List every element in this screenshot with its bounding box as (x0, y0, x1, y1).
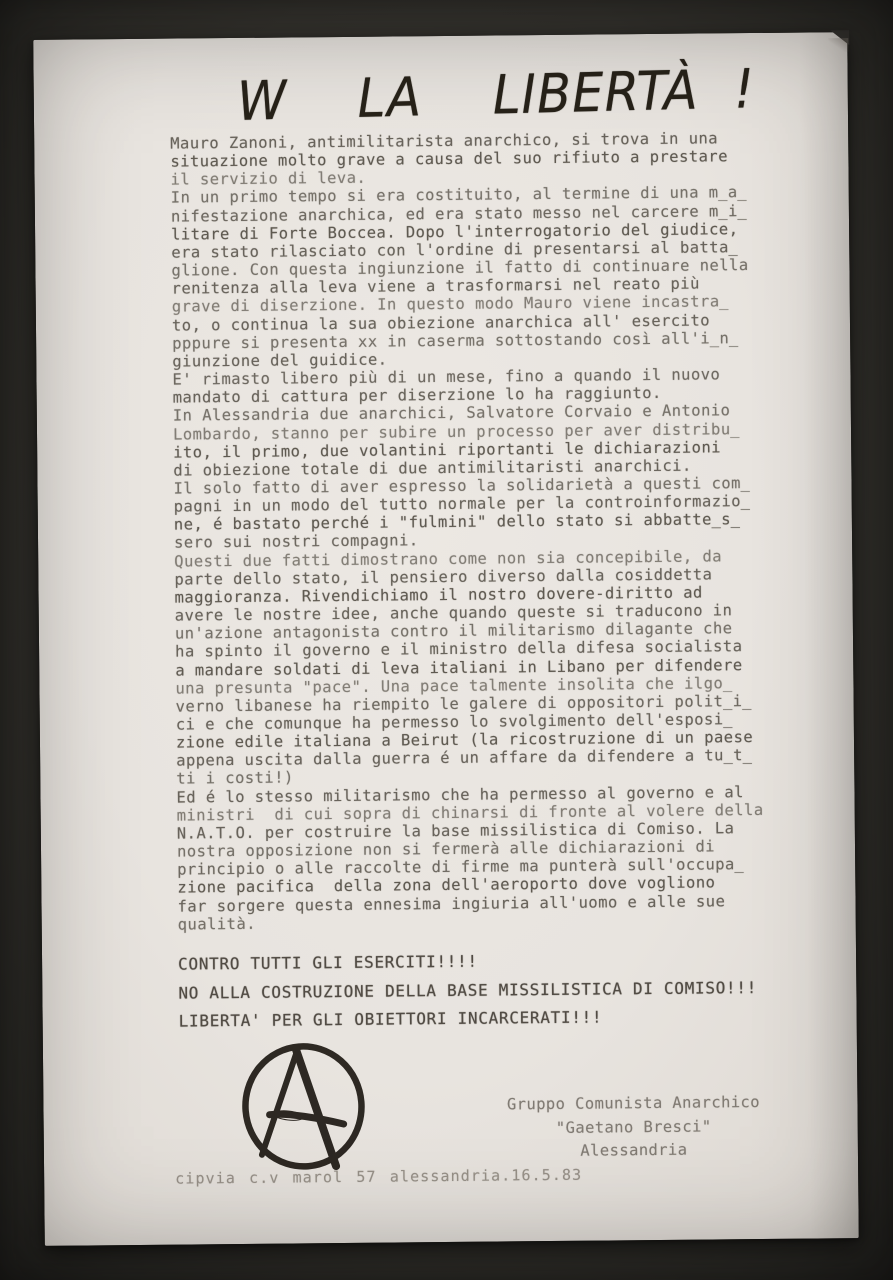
footer-note: cipvia c.v marol 57 alessandria.16.5.83 (175, 1166, 582, 1188)
signature-line: Alessandria (484, 1138, 784, 1164)
page-title: W LA LIBERTÀ ! (232, 57, 760, 133)
slogan-line: NO ALLA COSTRUZIONE DELLA BASE MISSILIST… (178, 979, 757, 1003)
signature-block: Gruppo Comunista Anarchico"Gaetano Bresc… (483, 1091, 784, 1164)
photo-background: W LA LIBERTÀ ! Mauro Zanoni, antimilitar… (0, 0, 893, 1280)
slogan-line: CONTRO TUTTI GLI ESERCITI!!!! (178, 950, 757, 974)
body-text: Mauro Zanoni, antimilitarista anarchico,… (170, 129, 765, 933)
signature-line: Gruppo Comunista Anarchico (483, 1091, 783, 1117)
slogans-block: CONTRO TUTTI GLI ESERCITI!!!!NO ALLA COS… (178, 950, 757, 1041)
slogan-line: LIBERTA' PER GLI OBIETTORI INCARCERATI!!… (179, 1007, 758, 1031)
signature-line: "Gaetano Bresci" (484, 1114, 784, 1140)
paper-corner-fold-shade (828, 38, 848, 52)
paper: W LA LIBERTÀ ! Mauro Zanoni, antimilitar… (33, 32, 859, 1246)
